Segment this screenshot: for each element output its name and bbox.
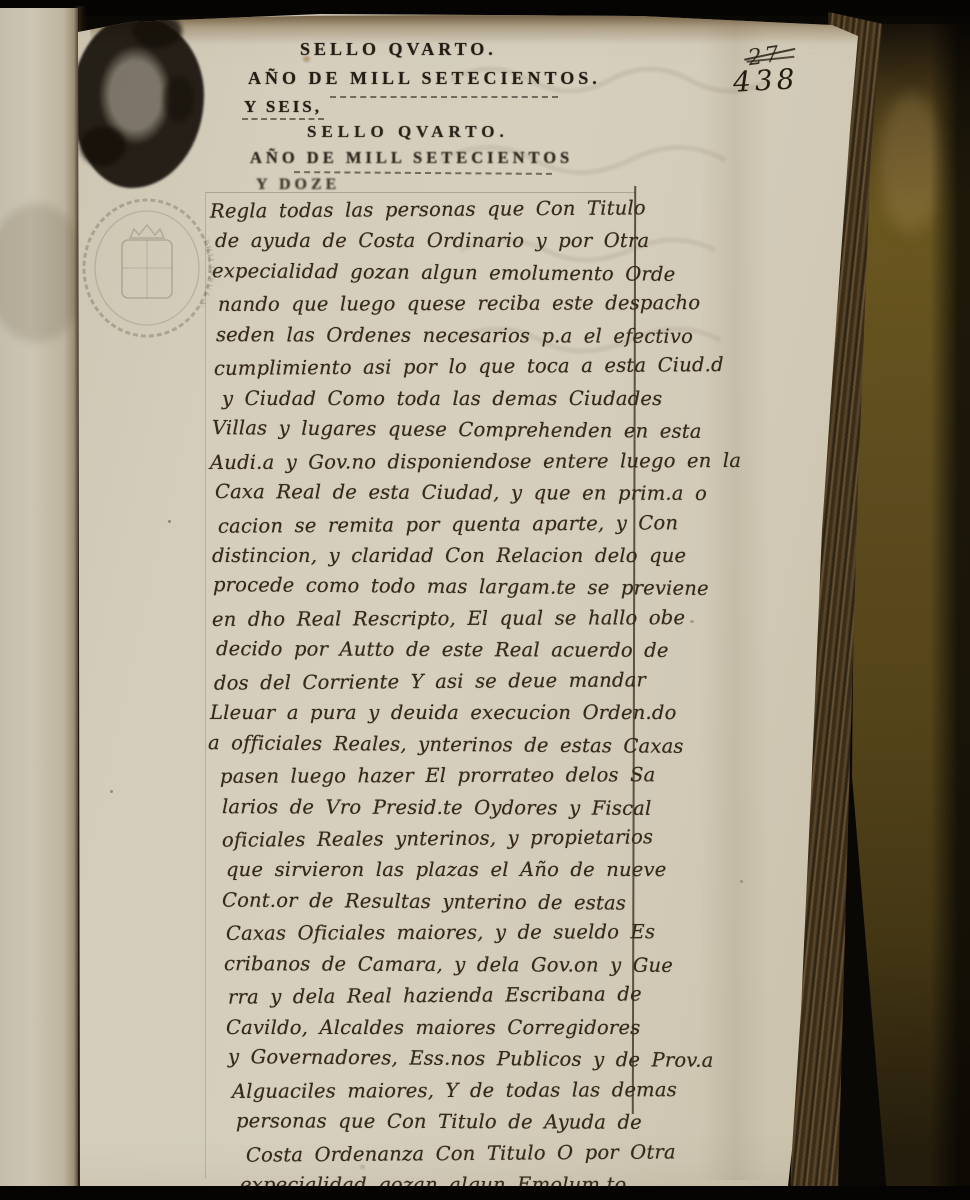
manuscript-line: que sirvieron las plazas el Año de nueve xyxy=(226,858,666,881)
manuscript-line: seden las Ordenes necesarios p.a el efec… xyxy=(216,323,693,348)
paper-speck xyxy=(110,790,113,793)
backdrop-bottom xyxy=(0,1186,970,1200)
royal-ink-seal xyxy=(72,16,204,188)
manuscript-line: y Governadores, Ess.nos Publicos y de Pr… xyxy=(228,1045,714,1072)
manuscript-line: nando que luego quese reciba este despac… xyxy=(218,291,700,316)
stamp-underline xyxy=(242,118,324,120)
manuscript-line: Audi.a y Gov.no disponiendose entere lue… xyxy=(210,449,741,474)
photograph-background: PHILIPPVS V SELLO QVARTO. AÑO DE MILL SE… xyxy=(0,0,970,1200)
seal-blot xyxy=(80,126,126,166)
manuscript-line: cribanos de Camara, y dela Gov.on y Gue xyxy=(224,952,673,977)
manuscript-line: Caxa Real de esta Ciudad, y que en prim.… xyxy=(215,480,707,505)
manuscript-line: cumplimiento asi por lo que toca a esta … xyxy=(214,353,724,380)
backdrop-top xyxy=(0,0,970,16)
paper-speck xyxy=(740,880,743,883)
manuscript-line: Cont.or de Resultas ynterino de estas xyxy=(222,888,626,914)
manuscript-line: personas que Con Titulo de Ayuda de xyxy=(236,1109,642,1134)
manuscript-line: en dho Real Rescripto, El qual se hallo … xyxy=(212,606,685,631)
manuscript-line: a officiales Reales, ynterinos de estas … xyxy=(208,731,684,758)
manuscript-line: Villas y lugares quese Comprehenden en e… xyxy=(212,416,702,443)
left-margin-rule xyxy=(205,192,206,1178)
stamp-header-line-3: Y SEIS, xyxy=(244,97,322,117)
manuscript-line: Alguaciles maiores, Y de todas las demas xyxy=(232,1078,677,1103)
manuscript-line: Regla todas las personas que Con Titulo xyxy=(210,196,646,222)
manuscript-line: expecialidad gozan algun emolumento Orde xyxy=(212,259,676,286)
manuscript-line: larios de Vro Presid.te Oydores y Fiscal xyxy=(222,795,652,820)
manuscript-line: decido por Autto de este Real acuerdo de xyxy=(216,637,669,662)
manuscript-line: dos del Corriente Y asi se deue mandar xyxy=(214,668,646,694)
coat-of-arms-seal: PHILIPPVS V xyxy=(72,188,222,348)
manuscript-line: procede como todo mas largam.te se previ… xyxy=(213,573,709,600)
manuscript-line: y Ciudad Como toda las demas Ciudades xyxy=(222,387,662,410)
manuscript-line: Caxas Oficiales maiores, y de sueldo Es xyxy=(226,921,655,946)
manuscript-line: oficiales Reales ynterinos, y propietari… xyxy=(222,825,653,851)
manuscript-line: distincion, y claridad Con Relacion delo… xyxy=(212,544,686,567)
manuscript-line: pasen luego hazer El prorrateo delos Sa xyxy=(220,763,656,788)
manuscript-line: Costa Ordenanza Con Titulo O por Otra xyxy=(246,1140,676,1166)
seal-blot xyxy=(132,14,182,48)
manuscript-line: rra y dela Real hazienda Escribana de xyxy=(228,983,642,1009)
manuscript-line: Cavildo, Alcaldes maiores Corregidores xyxy=(226,1016,640,1039)
paper-stain xyxy=(303,56,310,62)
seal-blot xyxy=(164,76,194,122)
paper-speck xyxy=(690,620,694,623)
paper-speck xyxy=(360,1165,365,1169)
manuscript-line: Lleuar a pura y deuida execucion Orden.d… xyxy=(210,701,677,724)
backdrop-right xyxy=(930,0,970,1200)
paper-speck xyxy=(168,520,171,523)
adjacent-page-edge xyxy=(0,8,78,1188)
manuscript-line: cacion se remita por quenta aparte, y Co… xyxy=(218,511,678,538)
manuscript-line: de ayuda de Costa Ordinario y por Otra xyxy=(215,229,649,252)
